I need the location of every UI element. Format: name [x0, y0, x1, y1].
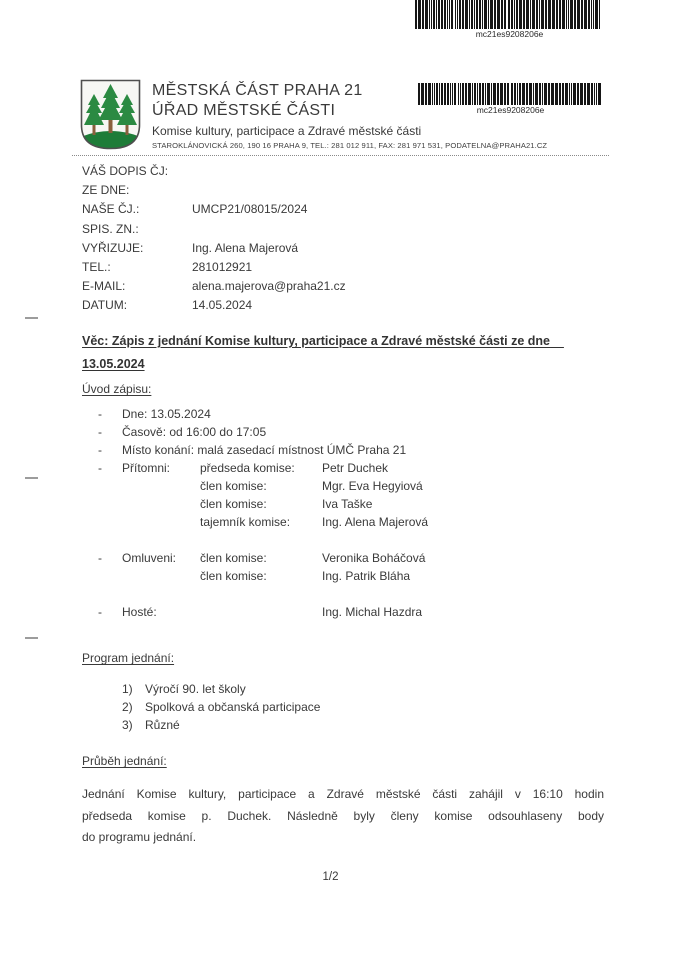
list-item: -Dne: 13.05.2024 — [98, 405, 604, 423]
fold-mark — [25, 637, 38, 639]
member-role: předseda komise: — [200, 459, 322, 477]
excused-row: -Omluveni:člen komise:Veronika Boháčová — [98, 549, 604, 567]
guest-name: Ing. Michal Hazdra — [322, 603, 604, 621]
present-row: člen komise:Iva Taške — [98, 495, 604, 513]
bullet-dash: - — [98, 549, 122, 567]
present-row: tajemník komise:Ing. Alena Majerová — [98, 513, 604, 531]
meta-value: alena.majerova@praha21.cz — [192, 279, 346, 293]
subject-line: Věc: Zápis z jednání Komise kultury, par… — [82, 330, 604, 375]
program-items: 1)Výročí 90. let školy 2)Spolková a obča… — [82, 680, 320, 734]
present-row: -Přítomni:předseda komise:Petr Duchek — [98, 459, 604, 477]
item-text: Výročí 90. let školy — [145, 680, 320, 698]
member-name: Ing. Patrik Bláha — [322, 567, 604, 585]
letter-meta: VÁŠ DOPIS ČJ: ZE DNE: NAŠE ČJ.:UMCP21/08… — [82, 162, 346, 316]
paragraph-line: Jednání Komise kultury, participace a Zd… — [82, 784, 604, 806]
barcode-label: mc21es9208206e — [415, 29, 604, 39]
meta-value: 281012921 — [192, 260, 252, 274]
meta-value: Ing. Alena Majerová — [192, 241, 298, 255]
bullet-dash: - — [98, 441, 122, 459]
subject-text-line1: Věc: Zápis z jednání Komise kultury, par… — [82, 330, 604, 353]
proceedings-section: Průběh jednání: Jednání Komise kultury, … — [82, 753, 604, 849]
meta-label: VÁŠ DOPIS ČJ: — [82, 162, 192, 181]
intro-heading: Úvod zápisu: — [82, 381, 151, 397]
item-number: 3) — [122, 716, 145, 734]
member-role: člen komise: — [200, 495, 322, 513]
member-name: Veronika Boháčová — [322, 549, 604, 567]
meta-label: SPIS. ZN.: — [82, 220, 192, 239]
meta-value: UMCP21/08015/2024 — [192, 202, 307, 216]
header-barcode: mc21es9208206e — [418, 83, 603, 115]
subject-text-line2: 13.05.2024 — [82, 353, 604, 376]
bullet-text: Dne: 13.05.2024 — [122, 405, 604, 423]
meta-row: TEL.:281012921 — [82, 258, 346, 277]
top-barcode: mc21es9208206e — [415, 0, 604, 39]
bullet-dash: - — [98, 423, 122, 441]
attendance-block: -Dne: 13.05.2024 -Časově: od 16:00 do 17… — [98, 405, 604, 621]
list-item: -Místo konání: malá zasedací místnost ÚM… — [98, 441, 604, 459]
dotted-separator — [72, 155, 609, 156]
document-page: mc21es9208206e — [0, 0, 679, 960]
member-role: tajemník komise: — [200, 513, 322, 531]
meta-label: DATUM: — [82, 296, 192, 315]
meta-row: VYŘIZUJE:Ing. Alena Majerová — [82, 239, 346, 258]
meta-row: ZE DNE: — [82, 181, 346, 200]
paragraph-line: do programu jednání. — [82, 827, 604, 849]
program-item: 2)Spolková a občanská participace — [122, 698, 320, 716]
program-item: 1)Výročí 90. let školy — [122, 680, 320, 698]
meta-row: DATUM:14.05.2024 — [82, 296, 346, 315]
program-heading: Program jednání: — [82, 650, 320, 666]
bullet-dash: - — [98, 459, 122, 477]
member-role: člen komise: — [200, 567, 322, 585]
member-name: Mgr. Eva Hegyiová — [322, 477, 604, 495]
meta-row: VÁŠ DOPIS ČJ: — [82, 162, 346, 181]
paragraph-line: předseda komise p. Duchek. Následně byly… — [82, 806, 604, 828]
meta-row: NAŠE ČJ.:UMCP21/08015/2024 — [82, 200, 346, 219]
present-row: člen komise:Mgr. Eva Hegyiová — [98, 477, 604, 495]
bullet-dash: - — [98, 405, 122, 423]
barcode-bars — [418, 83, 603, 105]
member-role: člen komise: — [200, 477, 322, 495]
item-text: Spolková a občanská participace — [145, 698, 320, 716]
page-number: 1/2 — [0, 871, 661, 883]
meta-label: VYŘIZUJE: — [82, 239, 192, 258]
member-name: Petr Duchek — [322, 459, 604, 477]
bullet-dash: - — [98, 603, 122, 621]
item-number: 1) — [122, 680, 145, 698]
meta-row: SPIS. ZN.: — [82, 220, 346, 239]
meta-label: NAŠE ČJ.: — [82, 200, 192, 219]
guests-row: -Hosté:Ing. Michal Hazdra — [98, 603, 604, 621]
member-role: člen komise: — [200, 549, 322, 567]
program-item: 3)Různé — [122, 716, 320, 734]
meta-row: E-MAIL:alena.majerova@praha21.cz — [82, 277, 346, 296]
department-name: Komise kultury, participace a Zdravé měs… — [152, 124, 547, 138]
barcode-bars — [415, 0, 604, 29]
guests-label: Hosté: — [122, 603, 200, 621]
bullet-text: Časově: od 16:00 do 17:05 — [122, 423, 604, 441]
item-text: Různé — [145, 716, 320, 734]
member-name: Ing. Alena Majerová — [322, 513, 604, 531]
excused-label: Omluveni: — [122, 549, 200, 567]
fold-mark — [25, 477, 38, 479]
meta-label: TEL.: — [82, 258, 192, 277]
meta-label: E-MAIL: — [82, 277, 192, 296]
proceedings-paragraph: Jednání Komise kultury, participace a Zd… — [82, 784, 604, 849]
spacer — [98, 531, 604, 549]
org-address: STAROKLÁNOVICKÁ 260, 190 16 PRAHA 9, TEL… — [152, 141, 547, 150]
praha21-coat-of-arms-icon — [80, 79, 141, 150]
item-number: 2) — [122, 698, 145, 716]
member-name: Iva Taške — [322, 495, 604, 513]
program-section: Program jednání: 1)Výročí 90. let školy … — [82, 650, 320, 734]
excused-row: člen komise:Ing. Patrik Bláha — [98, 567, 604, 585]
meta-label: ZE DNE: — [82, 181, 192, 200]
spacer — [98, 585, 604, 603]
meta-value: 14.05.2024 — [192, 298, 252, 312]
present-label: Přítomni: — [122, 459, 200, 477]
list-item: -Časově: od 16:00 do 17:05 — [98, 423, 604, 441]
bullet-text: Místo konání: malá zasedací místnost ÚMČ… — [122, 441, 604, 459]
proceedings-heading: Průběh jednání: — [82, 753, 604, 769]
barcode-label: mc21es9208206e — [418, 105, 603, 115]
fold-mark — [25, 317, 38, 319]
